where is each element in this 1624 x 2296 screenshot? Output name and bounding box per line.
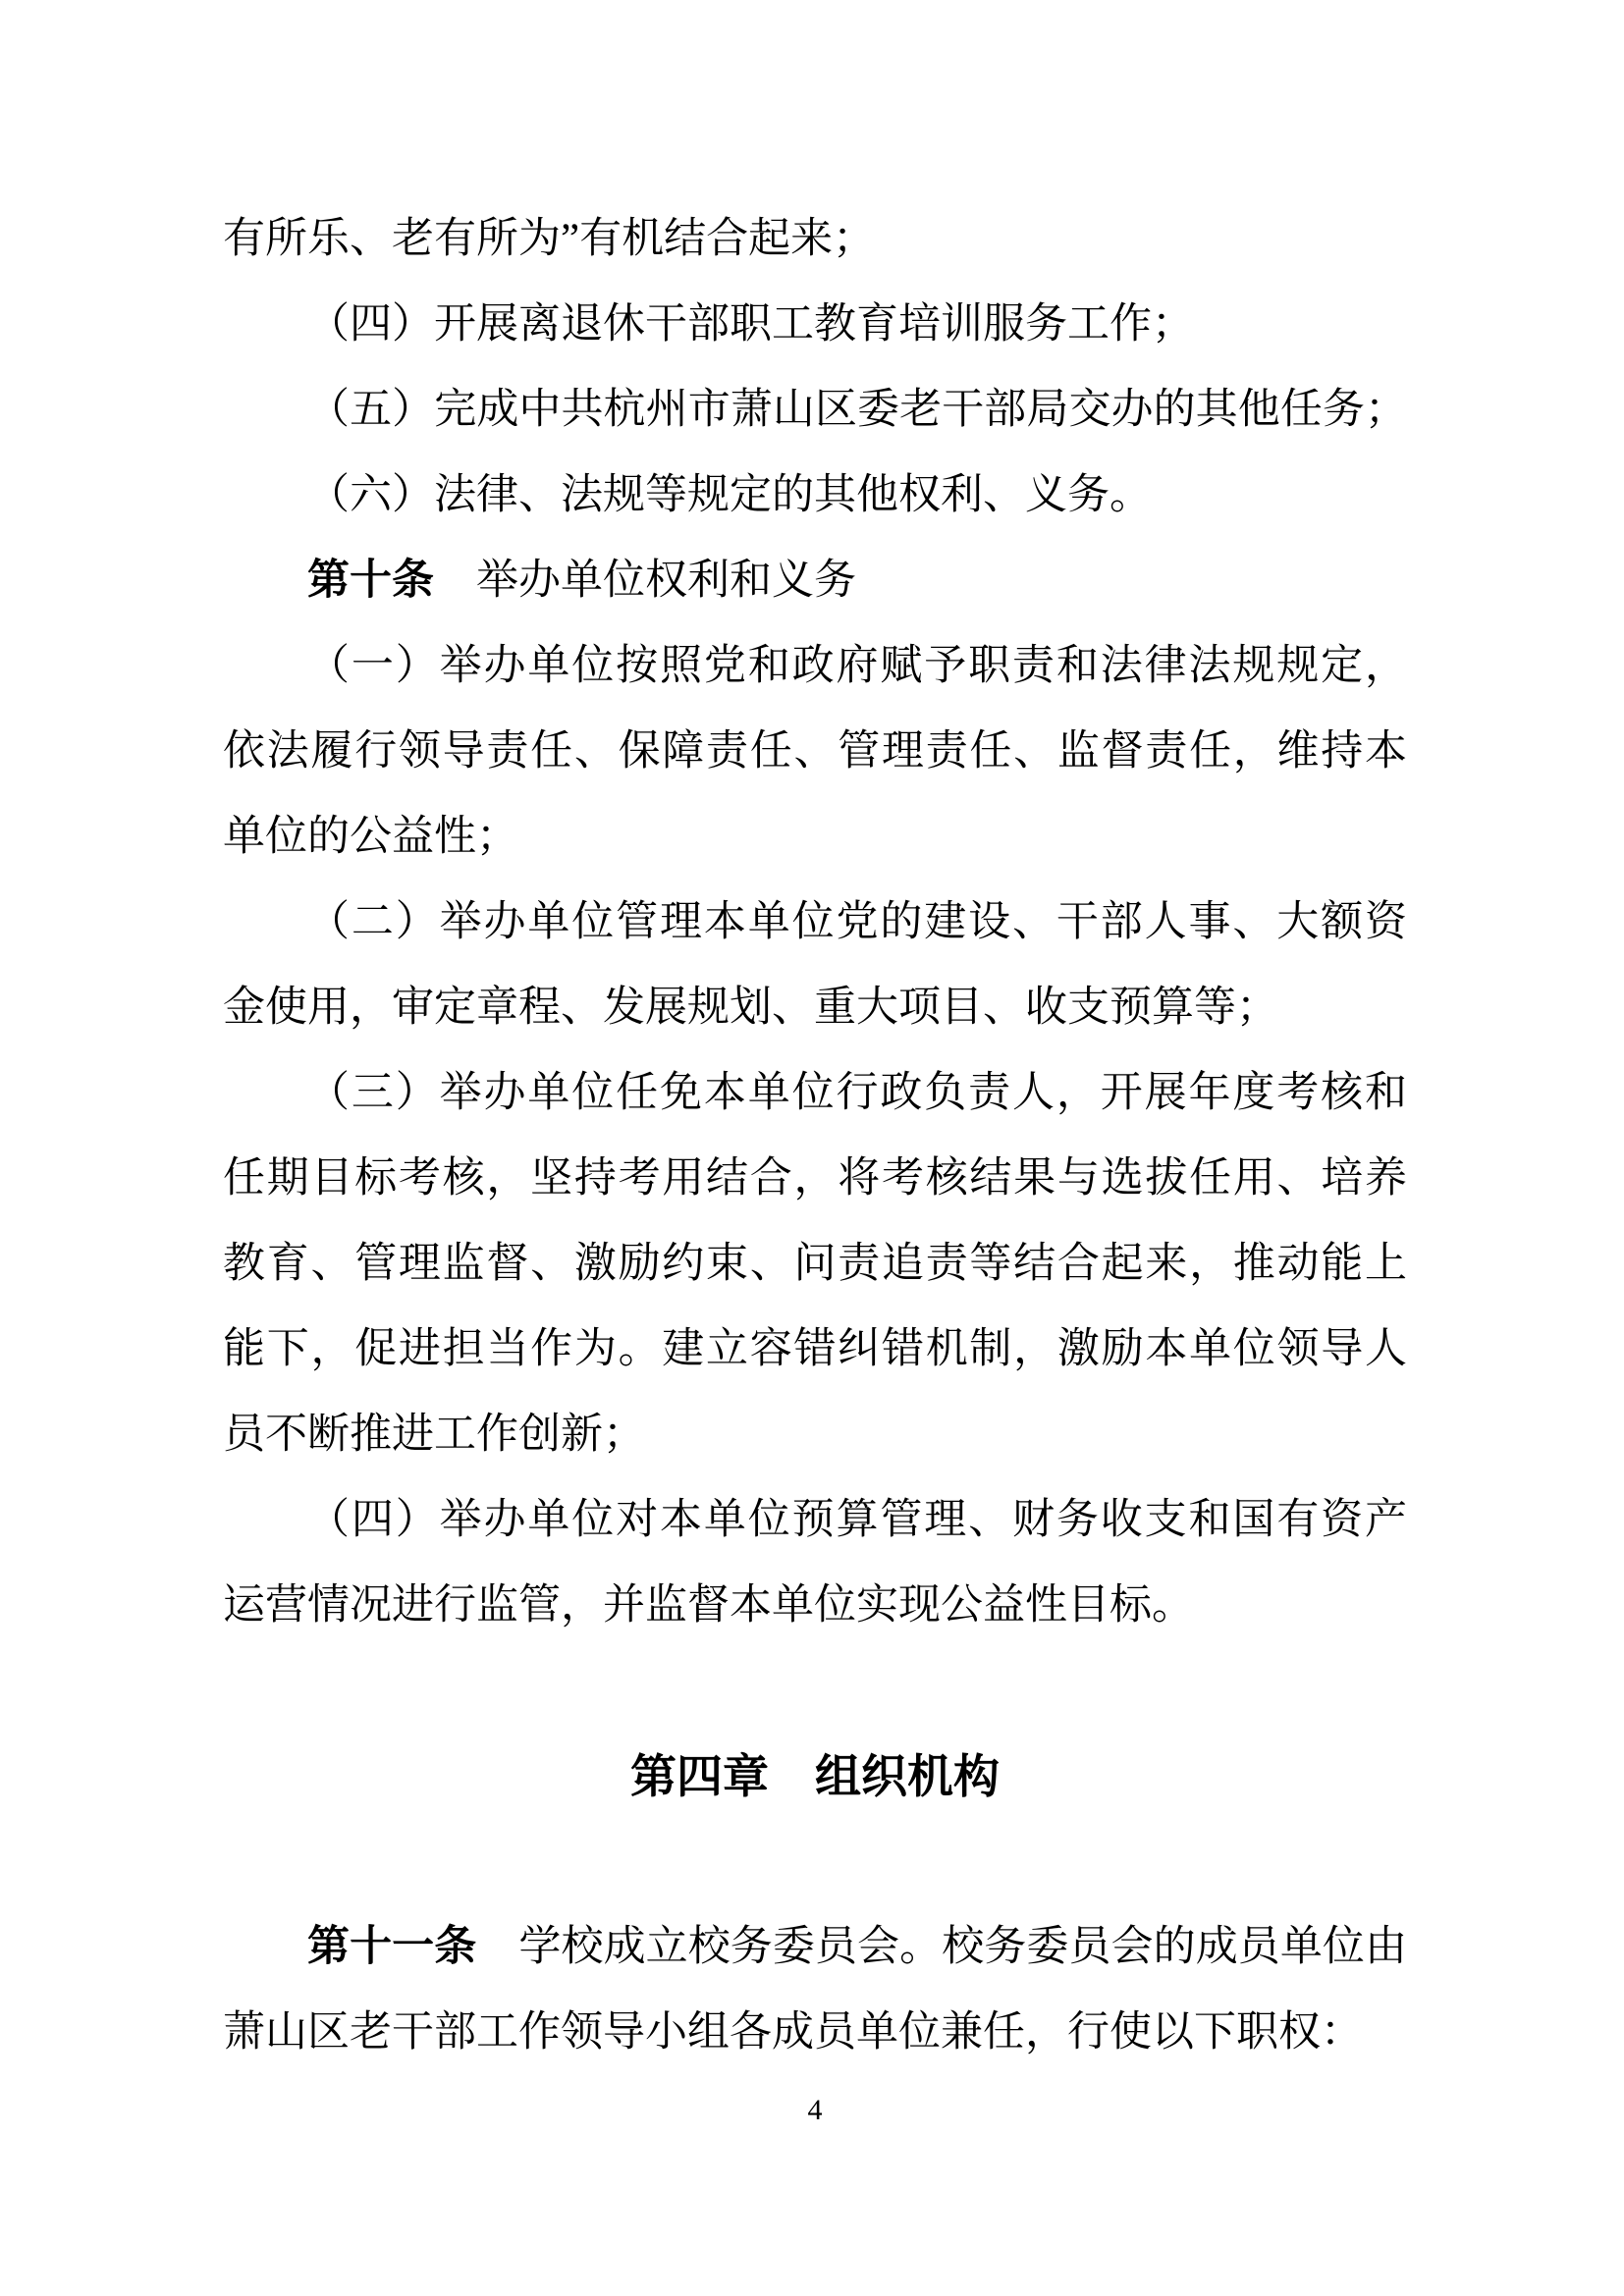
text-line: （四）开展离退休干部职工教育培训服务工作； xyxy=(223,282,1407,367)
text-line: 依法履行领导责任、保障责任、管理责任、监督责任，维持本 xyxy=(223,709,1407,794)
blank-line xyxy=(223,1648,1407,1734)
text-line: 能下，促进担当作为。建立容错纠错机制，激励本单位领导人 xyxy=(223,1307,1407,1392)
text-line: （一）举办单位按照党和政府赋予职责和法律法规规定， xyxy=(223,623,1407,709)
text-line: 第十一条 学校成立校务委员会。校务委员会的成员单位由 xyxy=(223,1904,1407,1990)
text-line: 萧山区老干部工作领导小组各成员单位兼任，行使以下职权： xyxy=(223,1990,1407,2075)
line-text: 学校成立校务委员会。校务委员会的成员单位由 xyxy=(476,1924,1407,1970)
text-line: 金使用，审定章程、发展规划、重大项目、收支预算等； xyxy=(223,965,1407,1050)
text-line: 员不断推进工作创新； xyxy=(223,1392,1407,1477)
text-line: 有所乐、老有所为”有机结合起来； xyxy=(223,196,1407,282)
text-line: （三）举办单位任免本单位行政负责人，开展年度考核和 xyxy=(223,1050,1407,1136)
text-line: 运营情况进行监管，并监督本单位实现公益性目标。 xyxy=(223,1563,1407,1648)
text-line: （五）完成中共杭州市萧山区委老干部局交办的其他任务； xyxy=(223,367,1407,453)
chapter-heading: 第四章 组织机构 xyxy=(223,1734,1407,1819)
text-line: （六）法律、法规等规定的其他权利、义务。 xyxy=(223,453,1407,538)
page-number: 4 xyxy=(223,2091,1407,2130)
text-line: 第十条 举办单位权利和义务 xyxy=(223,538,1407,623)
text-line: 教育、管理监督、激励约束、问责追责等结合起来，推动能上 xyxy=(223,1221,1407,1307)
text-line: （四）举办单位对本单位预算管理、财务收支和国有资产 xyxy=(223,1477,1407,1563)
line-text: 举办单位权利和义务 xyxy=(434,558,856,604)
text-line: 任期目标考核，坚持考用结合，将考核结果与选拔任用、培养 xyxy=(223,1136,1407,1221)
text-line: （二）举办单位管理本单位党的建设、干部人事、大额资 xyxy=(223,880,1407,965)
blank-line xyxy=(223,1819,1407,1904)
article-number: 第十条 xyxy=(307,557,434,604)
text-line: 单位的公益性； xyxy=(223,794,1407,880)
article-number: 第十一条 xyxy=(307,1923,476,1970)
text-block: 有所乐、老有所为”有机结合起来；（四）开展离退休干部职工教育培训服务工作；（五）… xyxy=(223,196,1407,2075)
document-page: 有所乐、老有所为”有机结合起来；（四）开展离退休干部职工教育培训服务工作；（五）… xyxy=(0,0,1624,2296)
